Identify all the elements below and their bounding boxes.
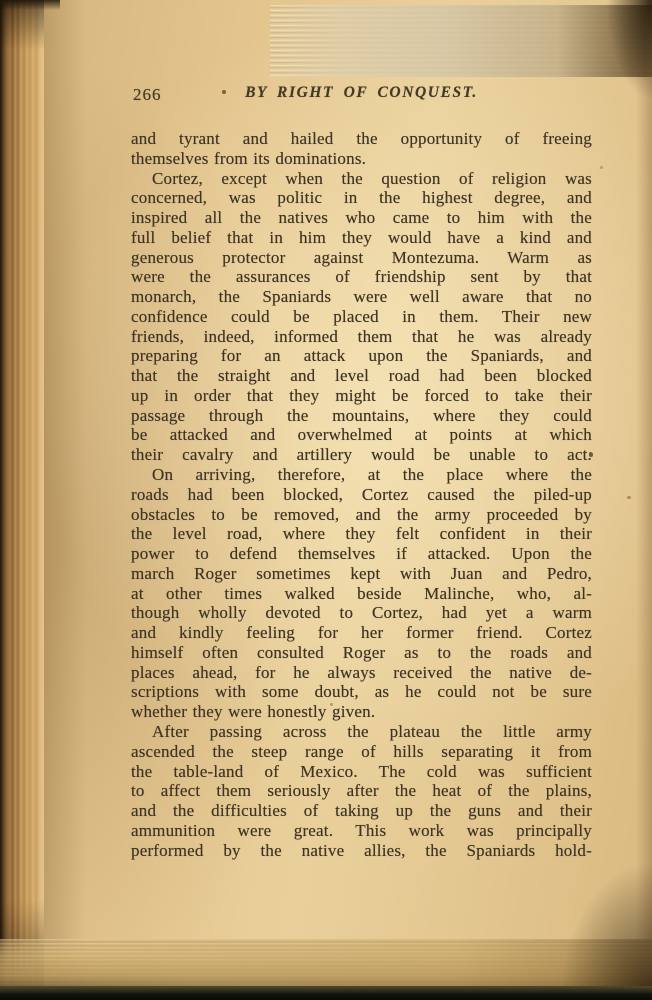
text-line: On arriving, therefore, at the place whe…	[131, 465, 592, 485]
top-scan-blur	[270, 5, 652, 77]
paper-speck	[600, 166, 603, 169]
text-line: themselves from its dominations.	[131, 149, 592, 169]
text-line: friends, indeed, informed them that he w…	[131, 327, 592, 347]
text-line: inspired all the natives who came to him…	[131, 208, 592, 228]
text-line: though wholly devoted to Cortez, had yet…	[131, 603, 592, 623]
corner-shadow-top-right	[606, 0, 652, 100]
text-line: the level road, where they felt confiden…	[131, 524, 592, 544]
spine-shadow	[44, 0, 86, 1000]
text-line: march Roger sometimes kept with Juan and…	[131, 564, 592, 584]
text-line: monarch, the Spaniards were well aware t…	[131, 287, 592, 307]
text-line: to affect them seriously after the heat …	[131, 781, 592, 801]
corner-shadow-bottom-right	[552, 850, 652, 1000]
paper-speck	[589, 452, 593, 457]
text-line: at other times walked beside Malinche, w…	[131, 584, 592, 604]
text-line: confidence could be placed in them. Thei…	[131, 307, 592, 327]
book-cover-edge	[0, 986, 652, 1000]
text-line: up in order that they might be forced to…	[131, 386, 592, 406]
text-line: places ahead, for he always received the…	[131, 663, 592, 683]
paper-speck	[222, 90, 226, 94]
text-line: preparing for an attack upon the Spaniar…	[131, 346, 592, 366]
text-line: himself often consulted Roger as to the …	[131, 643, 592, 663]
text-line: power to defend themselves if attacked. …	[131, 544, 592, 564]
text-line: whether they were honestly given.	[131, 702, 592, 722]
text-line: the table-land of Mexico. The cold was s…	[131, 762, 592, 782]
text-line: concerned, was politic in the highest de…	[131, 188, 592, 208]
text-line: and the difficulties of taking up the gu…	[131, 801, 592, 821]
text-line: performed by the native allies, the Span…	[131, 841, 592, 861]
text-line: generous protector against Montezuma. Wa…	[131, 248, 592, 268]
paper-speck	[330, 703, 333, 706]
text-line: ammunition were great. This work was pri…	[131, 821, 592, 841]
text-line: be attacked and overwhelmed at points at…	[131, 425, 592, 445]
text-line: roads had been blocked, Cortez caused th…	[131, 485, 592, 505]
text-line: full belief that in him they would have …	[131, 228, 592, 248]
text-line: scriptions with some doubt, as he could …	[131, 682, 592, 702]
text-line: their cavalry and artillery would be una…	[131, 445, 592, 465]
printed-content: 266 BY RIGHT OF CONQUEST. and tyrant and…	[131, 84, 592, 108]
text-line: that the straight and level road had bee…	[131, 366, 592, 386]
text-line: Cortez, except when the question of reli…	[131, 169, 592, 189]
running-title: BY RIGHT OF CONQUEST.	[131, 84, 592, 102]
paper-speck	[627, 496, 631, 499]
page-edge-stack	[0, 0, 44, 1000]
text-line: obstacles to be removed, and the army pr…	[131, 505, 592, 525]
page-number: 266	[133, 85, 162, 105]
corner-shadow-top-left	[0, 0, 60, 10]
text-line: were the assurances of friendship sent b…	[131, 267, 592, 287]
text-line: ascended the steep range of hills separa…	[131, 742, 592, 762]
book-scan: 266 BY RIGHT OF CONQUEST. and tyrant and…	[0, 0, 652, 1000]
text-line: and kindly feeling for her former friend…	[131, 623, 592, 643]
text-line: and tyrant and hailed the opportunity of…	[131, 129, 592, 149]
text-line: After passing across the plateau the lit…	[131, 722, 592, 742]
page-body-text: and tyrant and hailed the opportunity of…	[131, 129, 592, 860]
text-line: passage through the mountains, where the…	[131, 406, 592, 426]
page-header: 266 BY RIGHT OF CONQUEST.	[131, 84, 592, 108]
